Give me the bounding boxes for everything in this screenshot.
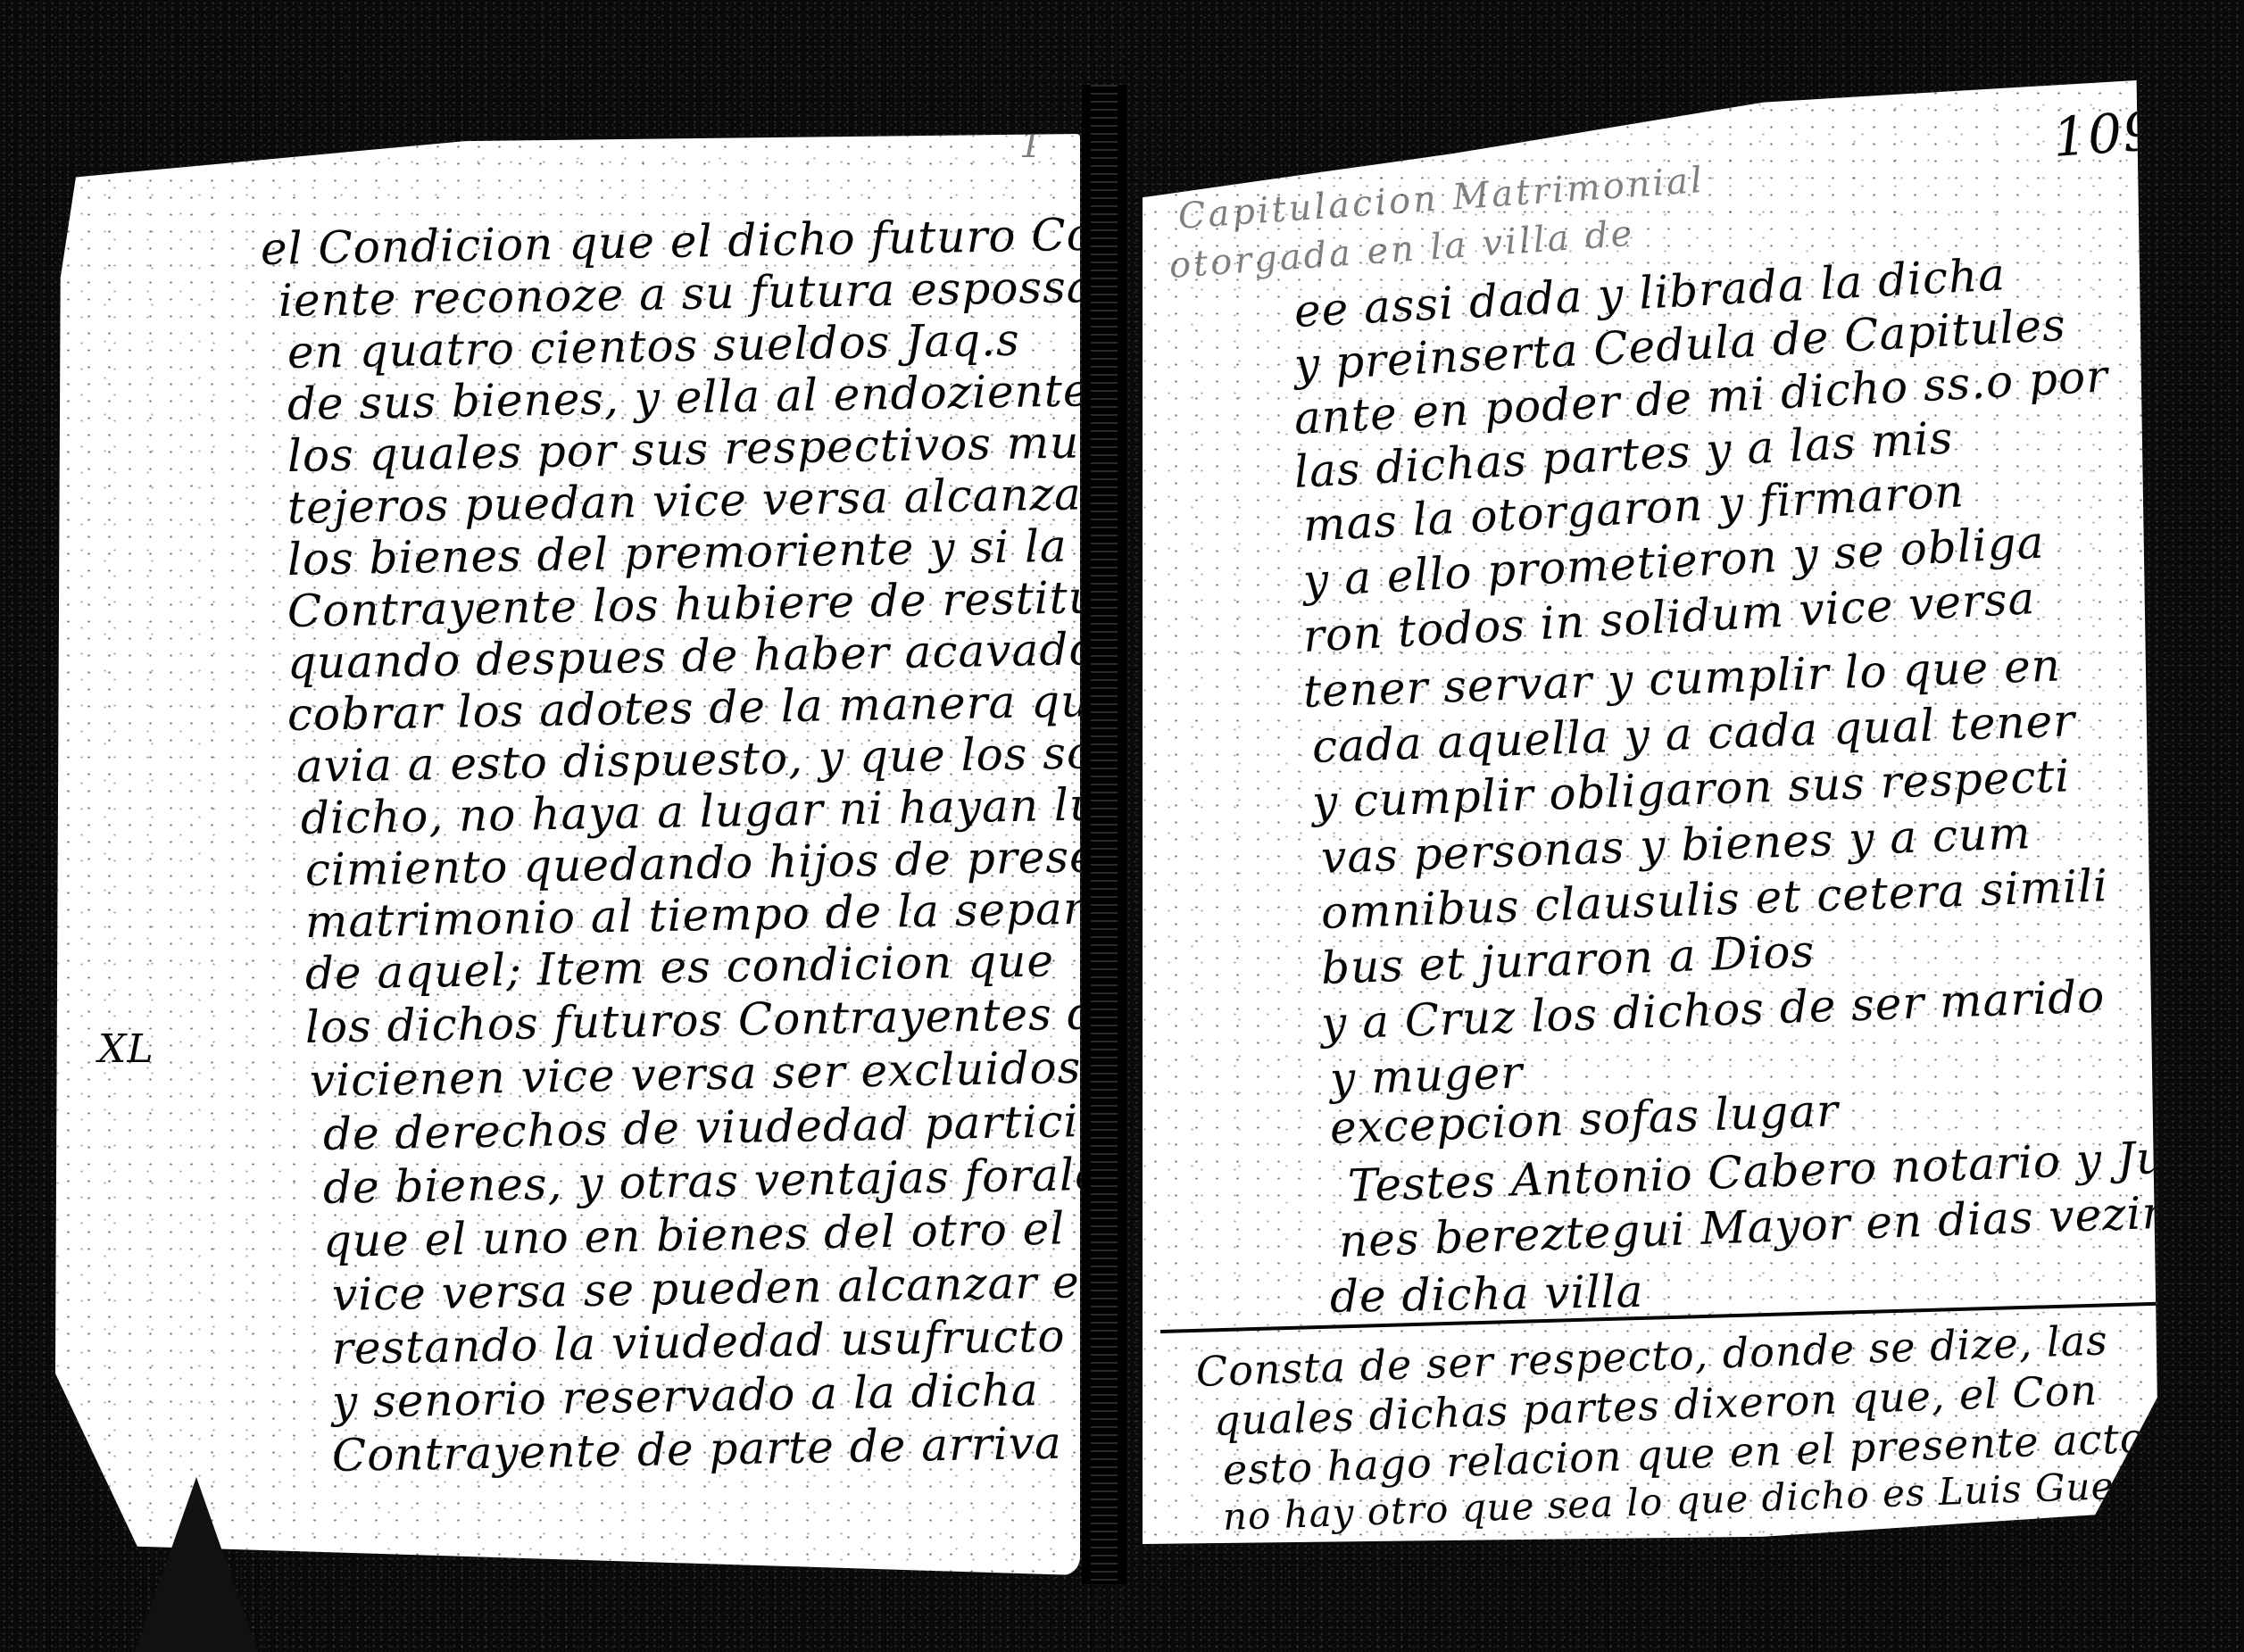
folded-corner xyxy=(134,1477,259,1652)
top-marginalia: 1 xyxy=(1019,134,1044,166)
text-line: Contrayente de parte de arriva xyxy=(331,1417,1062,1482)
margin-note: XL xyxy=(98,1026,154,1072)
right-page: 109 Capitulacion Matrimonial otorgada en… xyxy=(1143,80,2178,1544)
text-line: y senorio reservado a la dicha xyxy=(331,1364,1039,1428)
left-page: XL 1 el Condicion que el dicho futuro Co… xyxy=(55,134,1080,1575)
text-line: de dicha villa xyxy=(1329,1266,1643,1323)
book-spine xyxy=(1082,85,1126,1584)
